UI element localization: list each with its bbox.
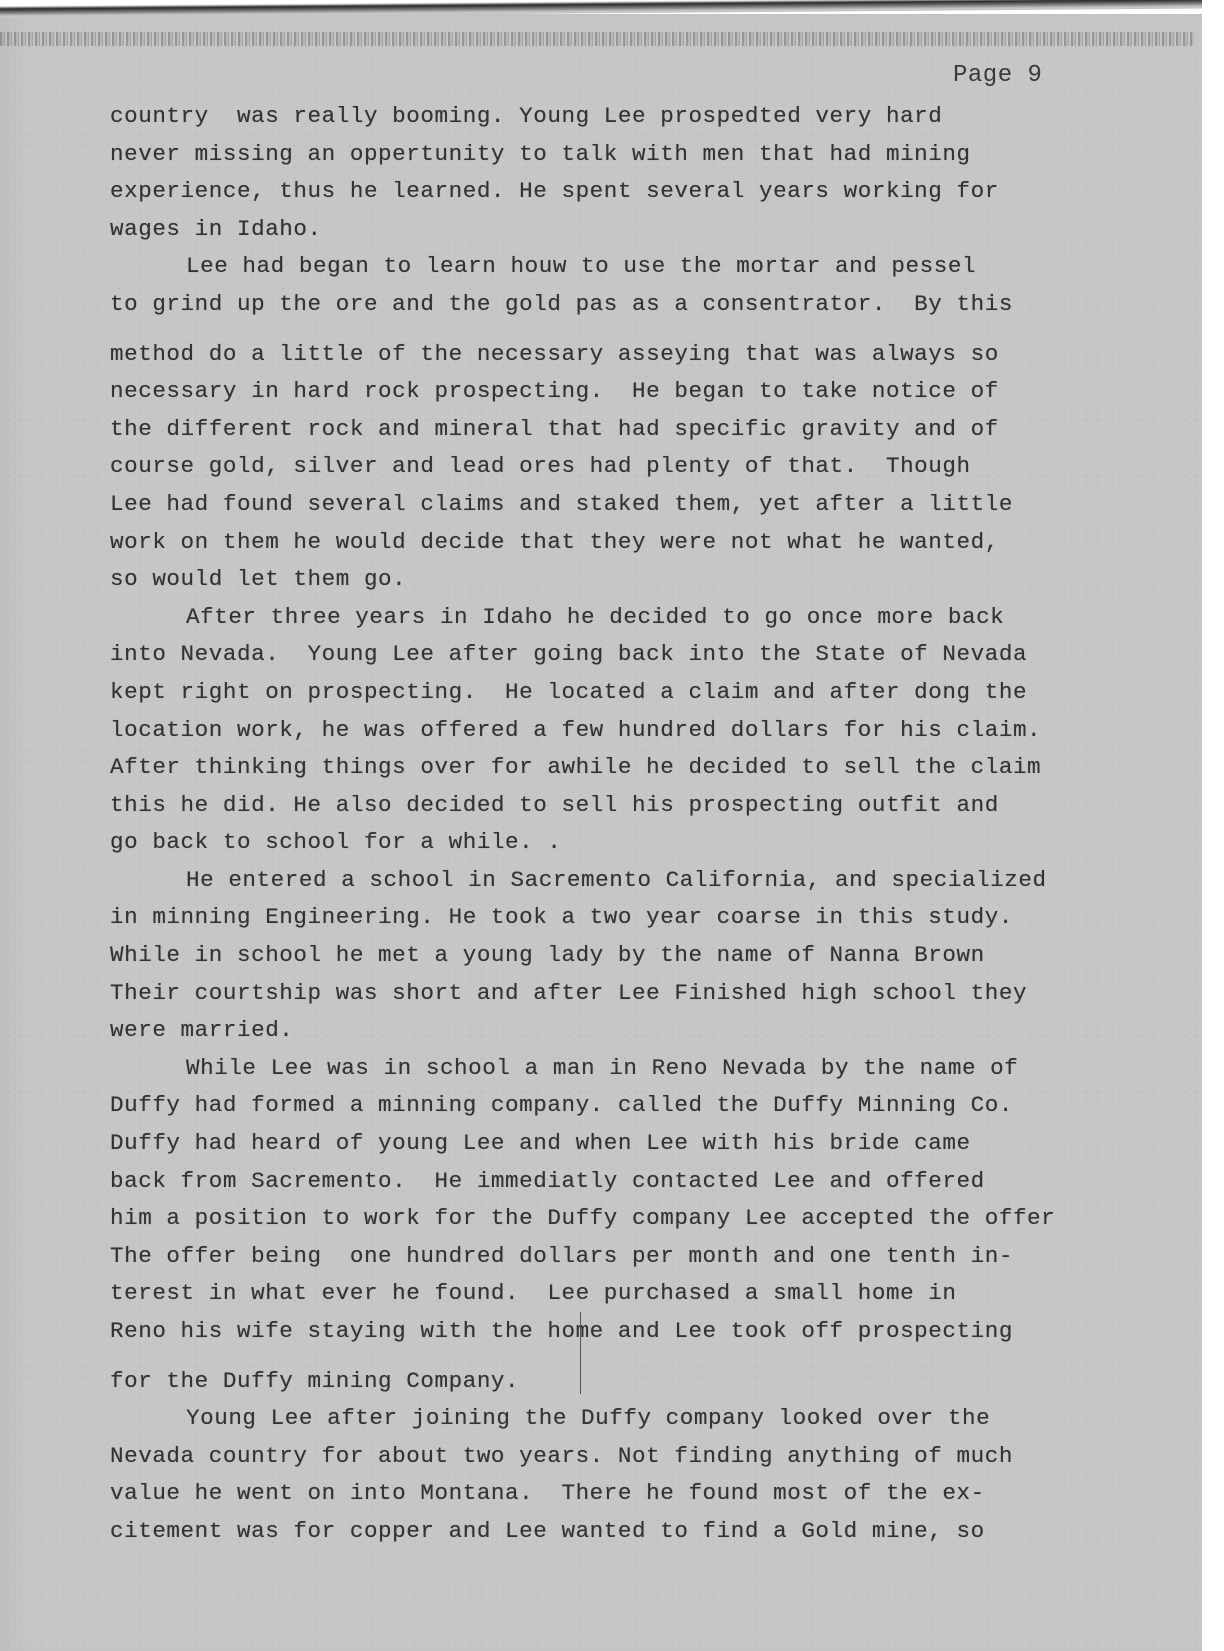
text-line: so would let them go. — [110, 561, 1170, 599]
text-line: work on them he would decide that they w… — [110, 524, 1170, 562]
text-line: Reno his wife staying with the home and … — [110, 1313, 1170, 1351]
text-line: Nevada country for about two years. Not … — [110, 1438, 1170, 1476]
text-line: go back to school for a while. . — [110, 824, 1170, 862]
text-line: kept right on prospecting. He located a … — [110, 674, 1170, 712]
text-line: Lee had found several claims and staked … — [110, 486, 1170, 524]
text-line: necessary in hard rock prospecting. He b… — [110, 373, 1170, 411]
text-line: Their courtship was short and after Lee … — [110, 975, 1170, 1013]
text-line: were married. — [110, 1012, 1170, 1050]
text-line: to grind up the ore and the gold pas as … — [110, 286, 1170, 324]
text-line: After thinking things over for awhile he… — [110, 749, 1170, 787]
paragraph-first-line: Young Lee after joining the Duffy compan… — [110, 1400, 1170, 1438]
scan-noise-band — [0, 32, 1194, 46]
paragraph-first-line: After three years in Idaho he decided to… — [110, 599, 1170, 637]
text-line: terest in what ever he found. Lee purcha… — [110, 1275, 1170, 1313]
text-line: course gold, silver and lead ores had pl… — [110, 448, 1170, 486]
text-line: experience, thus he learned. He spent se… — [110, 173, 1170, 211]
text-line: value he went on into Montana. There he … — [110, 1475, 1170, 1513]
text-line: method do a little of the necessary asse… — [110, 336, 1170, 374]
text-line: While in school he met a young lady by t… — [110, 937, 1170, 975]
text-line: in minning Engineering. He took a two ye… — [110, 899, 1170, 937]
text-line: location work, he was offered a few hund… — [110, 712, 1170, 750]
text-line: him a position to work for the Duffy com… — [110, 1200, 1170, 1238]
paragraph-first-line: Lee had began to learn houw to use the m… — [110, 248, 1170, 286]
paragraph-first-line: He entered a school in Sacremento Califo… — [110, 862, 1170, 900]
text-line: this he did. He also decided to sell his… — [110, 787, 1170, 825]
text-line: Duffy had formed a minning company. call… — [110, 1087, 1170, 1125]
text-line: The offer being one hundred dollars per … — [110, 1238, 1170, 1276]
typed-body-text: country was really booming. Young Lee pr… — [110, 98, 1170, 1551]
text-line: citement was for copper and Lee wanted t… — [110, 1513, 1170, 1551]
stray-pen-mark — [580, 1312, 581, 1394]
text-line: back from Sacremento. He immediatly cont… — [110, 1163, 1170, 1201]
text-line: never missing an oppertunity to talk wit… — [110, 136, 1170, 174]
text-line: wages in Idaho. — [110, 211, 1170, 249]
paragraph-first-line: While Lee was in school a man in Reno Ne… — [110, 1050, 1170, 1088]
page-right-margin — [1202, 0, 1224, 1651]
text-line: Duffy had heard of young Lee and when Le… — [110, 1125, 1170, 1163]
page-number: Page 9 — [953, 62, 1042, 89]
text-line: for the Duffy mining Company. — [110, 1363, 1170, 1401]
text-line: the different rock and mineral that had … — [110, 411, 1170, 449]
text-line: country was really booming. Young Lee pr… — [110, 98, 1170, 136]
text-line: into Nevada. Young Lee after going back … — [110, 636, 1170, 674]
